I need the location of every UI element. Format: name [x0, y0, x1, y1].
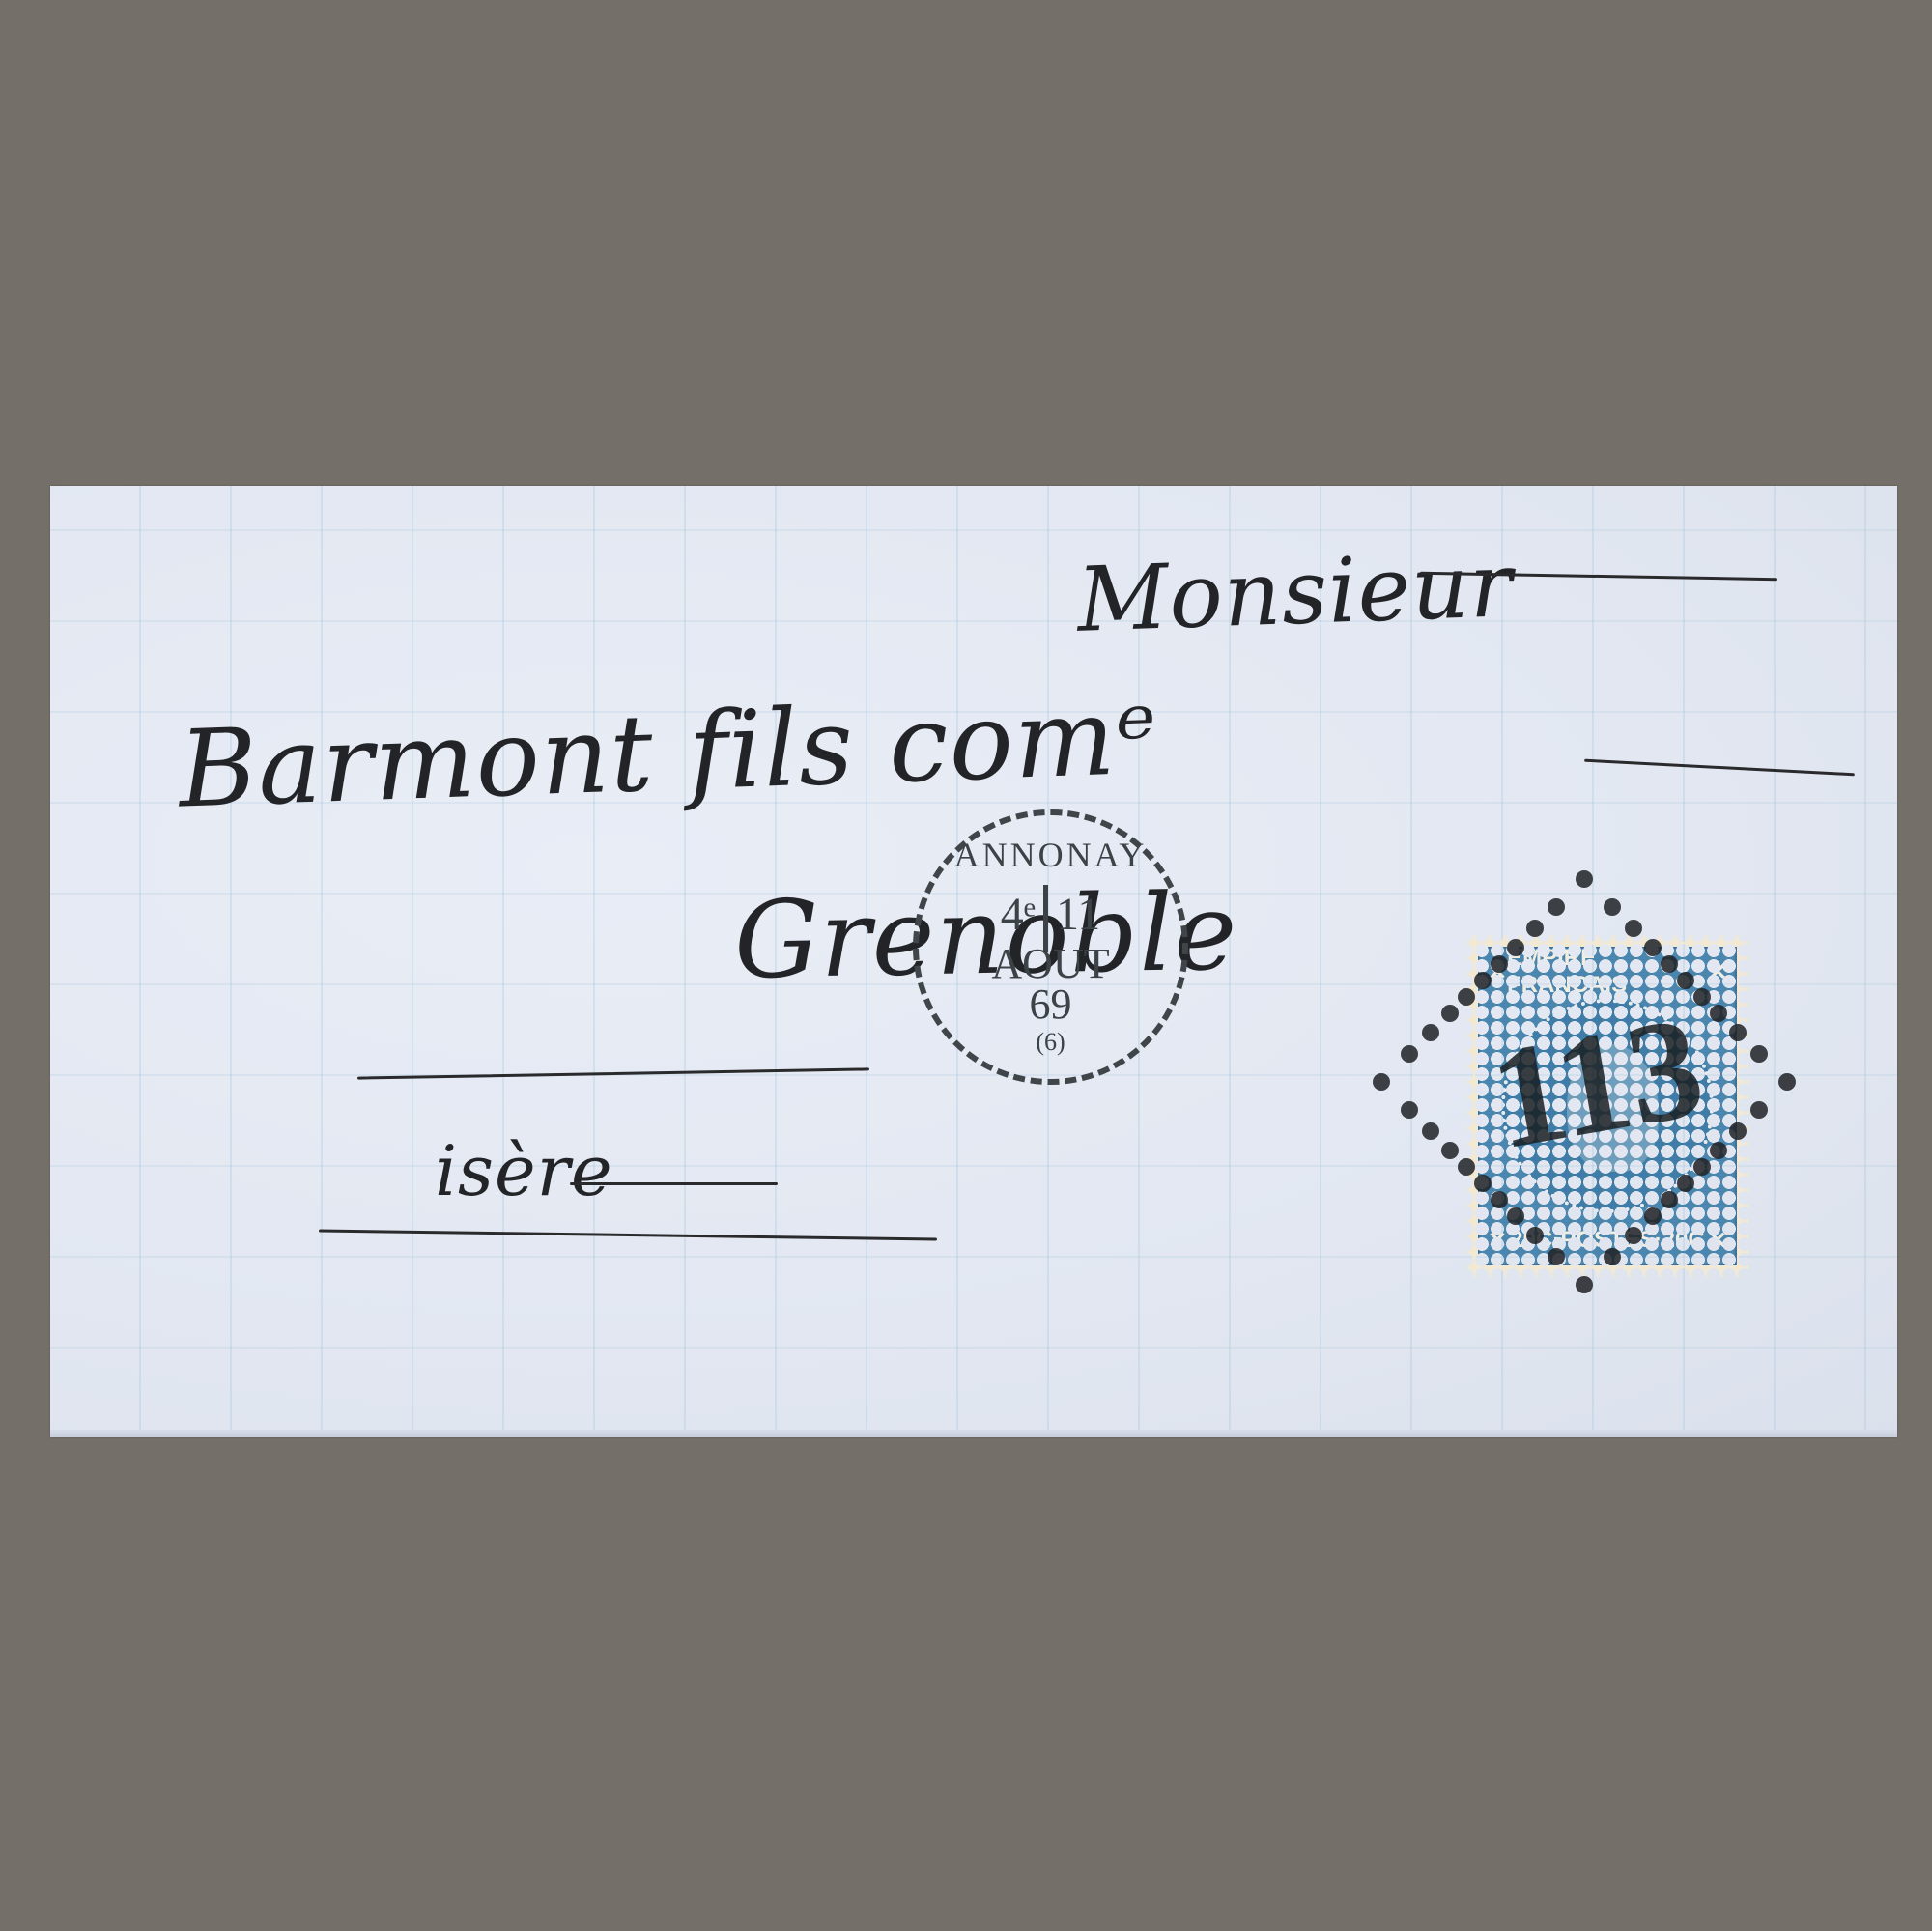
- cancel-dot: [1729, 1024, 1747, 1041]
- postmark-town: ANNONAY: [919, 835, 1182, 875]
- flourish-line: [570, 1182, 778, 1185]
- postmark-year: 69: [919, 980, 1182, 1029]
- cancel-dot: [1604, 1248, 1621, 1265]
- postmark-day: 11: [1056, 889, 1100, 940]
- cancel-dot: [1441, 1142, 1459, 1159]
- cancel-dot: [1778, 1073, 1796, 1091]
- salutation-text: Monsieur: [1075, 533, 1515, 652]
- cancel-dot: [1750, 1101, 1768, 1119]
- cancel-dot: [1474, 1175, 1492, 1192]
- cancel-dot: [1729, 1122, 1747, 1140]
- cancel-dot: [1474, 972, 1492, 989]
- postmark-time: 4ᵉ: [1001, 889, 1036, 940]
- cancel-dot: [1373, 1073, 1390, 1091]
- cancel-dot: [1507, 939, 1524, 956]
- x-corner-icon: ✕: [1708, 958, 1727, 986]
- cancel-dot: [1644, 939, 1662, 956]
- cancel-dot: [1526, 920, 1544, 937]
- cancel-dot: [1458, 988, 1475, 1006]
- stamp-top-panel: ✕ EMPIRE FRANCAIS ✕: [1480, 952, 1735, 991]
- cancel-dot: [1677, 1175, 1694, 1192]
- cancel-dot: [1661, 1191, 1678, 1208]
- x-corner-icon: ✕: [1488, 1227, 1507, 1255]
- cancel-dot: [1526, 1227, 1544, 1244]
- cancel-dot: [1422, 1024, 1439, 1041]
- department-name: isère: [435, 1130, 613, 1211]
- cancel-dot: [1576, 870, 1593, 888]
- cancel-dot: [1401, 1101, 1418, 1119]
- cancel-dot: [1693, 1158, 1711, 1176]
- cancel-dot: [1644, 1207, 1662, 1225]
- cancel-dot: [1693, 988, 1711, 1006]
- postmark-department-code: (6): [919, 1028, 1182, 1057]
- cancel-dot: [1548, 898, 1565, 916]
- cancel-dot: [1491, 955, 1508, 973]
- cancel-dot: [1576, 1276, 1593, 1293]
- cancel-dot: [1604, 898, 1621, 916]
- cancel-dot: [1441, 1005, 1459, 1022]
- cancel-dot: [1491, 1191, 1508, 1208]
- cancel-dot: [1401, 1045, 1418, 1063]
- x-corner-icon: ✕: [1708, 1227, 1727, 1255]
- cancel-dot: [1625, 1227, 1642, 1244]
- annonay-datestamp: ANNONAY 4ᵉ11 AOUT 69 (6): [913, 809, 1188, 1085]
